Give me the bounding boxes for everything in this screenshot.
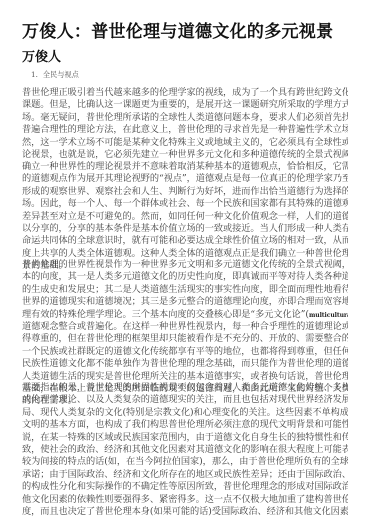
text-line: 致，使社会的政治、经济和其他文化因素对其道德文化的影响在很大程度上可能表现出较弱…	[22, 444, 348, 456]
section-number: 1.	[31, 70, 38, 79]
text-line: 一个民族或社群既定的道德文化传统都享有平等的地位，也都将得到尊重，但任何一种独特…	[22, 346, 348, 358]
text-line: 他文化因素的依赖性则要强得多、紧密得多。这一点不仅极大地加重了建构普世伦理的理论…	[22, 494, 348, 506]
author-name: 万俊人	[22, 46, 61, 65]
text-line: 说，在某一特殊的区域或民族国家范围内，由于道德文化自身生长的独特惯性和传统力量所	[22, 432, 348, 444]
text-line: 以分享的，分享的基本条件是基本价值立场的一致或接近。当人们形成一种人类存在共同体…	[22, 223, 348, 235]
text-line: 文明的基本方面，也构成了我们构思普世伦理所必须注意的现代文明背景和可能性条件。如…	[22, 419, 348, 431]
text-line: 普遍合理性的理论方法，在此意义上，普世伦理的寻求首先是一种普遍性学术立场的寻求。…	[22, 124, 348, 136]
text-line: 需要指出的是，普世伦理的世界性视景不仅包含着对人类多元道德文化传统、多样性伦理思…	[22, 382, 348, 394]
text-line: 的构成性分化和实际操作的不确定性等原因所致，普世伦理理念的形成对国际政治、经济和…	[22, 481, 348, 493]
section-heading: 1.全民与视点	[31, 70, 79, 80]
text-line: 较为间接的特点的话(如，在当今阿拉伯国家)，那么，由于普世伦理所负有的全球普遍化…	[22, 456, 348, 468]
text-line: 论视景，也就是说，它必须先建立一种世界多元文化和多种道德传统的全景式视阈。	[22, 149, 348, 161]
text-line: 或伦理学理论、以及人类复杂的道德现实的关注，而且也包括对现代世界经济发展、政治格	[22, 394, 348, 406]
text-line: 然，这一学术立场不可能是某种文化特殊主义或地域主义的，它必须具有全球性或世界性的…	[22, 137, 348, 149]
inline-term: multiculturalism	[309, 312, 348, 319]
text-line: 民族性道德文化都不能单独作为普世伦理的理念基础，而只能作为普世伦理的道德文化资源…	[22, 358, 348, 370]
text-line: 普世伦理正吸引着当代越来越多的伦理学家的视线，成为了一个具有跨世纪跨文化意义的理…	[22, 87, 348, 99]
text-line: 场。毫无疑问，普世伦理所承诺的全球性人类道德问题本身，要求人们必须首先找到一种具…	[22, 112, 348, 124]
text-line: 世界的道德现实和道德境况；其三是多元整合的道德理论向度，亦即合理而宽容地对待各种…	[22, 296, 348, 308]
text-line: 承诺；由于国际政治、经济和文化所存在的地区或民族性差异；还由于国际政治、经济和文…	[22, 469, 348, 481]
paragraph-1: 普世伦理正吸引着当代越来越多的伦理学家的视线，成为了一个具有跨世纪跨文化意义的理…	[22, 87, 348, 161]
text-line: 课题。但是，比确认这一课题更为重要的，是展开这一课题研究所采取的学理方式或学术立	[22, 99, 348, 111]
text-line: 本的向度，其一是人类多元道德文化的历史性向度，即真诚而平等对待人类各种道德文化传…	[22, 271, 348, 283]
text-line: 确立一种世界性的理论视景并不意味着取消某种基本的道德观点，恰恰相反，它需要某种确…	[22, 161, 348, 173]
text-line: 得尊重的，但在普世伦理的框架里却只能被看作是不充分的、开放的、需要整合的。同样，…	[22, 333, 348, 345]
text-line: 局、现代人类复杂的文化(特别是宗教文化)和心理变化的关注。这些因素不单构成了人类…	[22, 407, 348, 419]
text-line: 的道德观点作为展开其理论视野的“视点”，道德观点是每一位真正的伦理学家乃至每一个…	[22, 173, 348, 185]
text-line: 场。因此，每一个人、每一个群体或社会、每一个民族和国家都有其特殊的道德观点，其间…	[22, 198, 348, 210]
text-line: 普世伦理的世界性视景作为一种世界多元文明和多元道德文化传统的全景式视阈，具有三个…	[22, 259, 348, 271]
text-segment: 理有效的特殊伦理学理论。三个基本向度的交叠核心即是“多元文化论”(	[22, 309, 309, 320]
text-line-with-term: 理有效的特殊伦理学理论。三个基本向度的交叠核心即是“多元文化论”(multicu…	[22, 309, 348, 321]
paragraph-2: 确立一种世界性的理论视景并不意味着取消某种基本的道德观点，恰恰相反，它需要某种确…	[22, 161, 348, 273]
paragraph-4: 需要指出的是，普世伦理的世界性视景不仅包含着对人类多元道德文化传统、多样性伦理思…	[22, 382, 348, 516]
text-line: 的生成史和发展史；其二是人类道德生活现实的事实性向度，即全面而理性地看待现时代人…	[22, 284, 348, 296]
text-line: 差异甚至对立是不可避免的。然而，如同任何一种文化价值观念一样，人们的道德观点也是…	[22, 211, 348, 223]
section-label: 全民与视点	[43, 70, 79, 79]
text-line: 度，而且也决定了普世伦理本身(如果可能的话)受国际政治、经济和其他文化因素的影响…	[22, 506, 348, 516]
page-title: 万俊人：普世伦理与道德文化的多元视景	[22, 17, 333, 42]
text-line: 形成的观察世界、观察社会和人生、判断行为好坏，进而作出恰当道德行为选择的基本价值…	[22, 186, 348, 198]
text-line: 命运共同体的全球意识时，就有可能和必要达成全球性价值立场的相对一致，从而形成某种…	[22, 235, 348, 247]
text-line: 道德观念整合或普遍化。在这样一种世界性视景内，每一种合乎理性的道德理论或观念都是…	[22, 321, 348, 333]
